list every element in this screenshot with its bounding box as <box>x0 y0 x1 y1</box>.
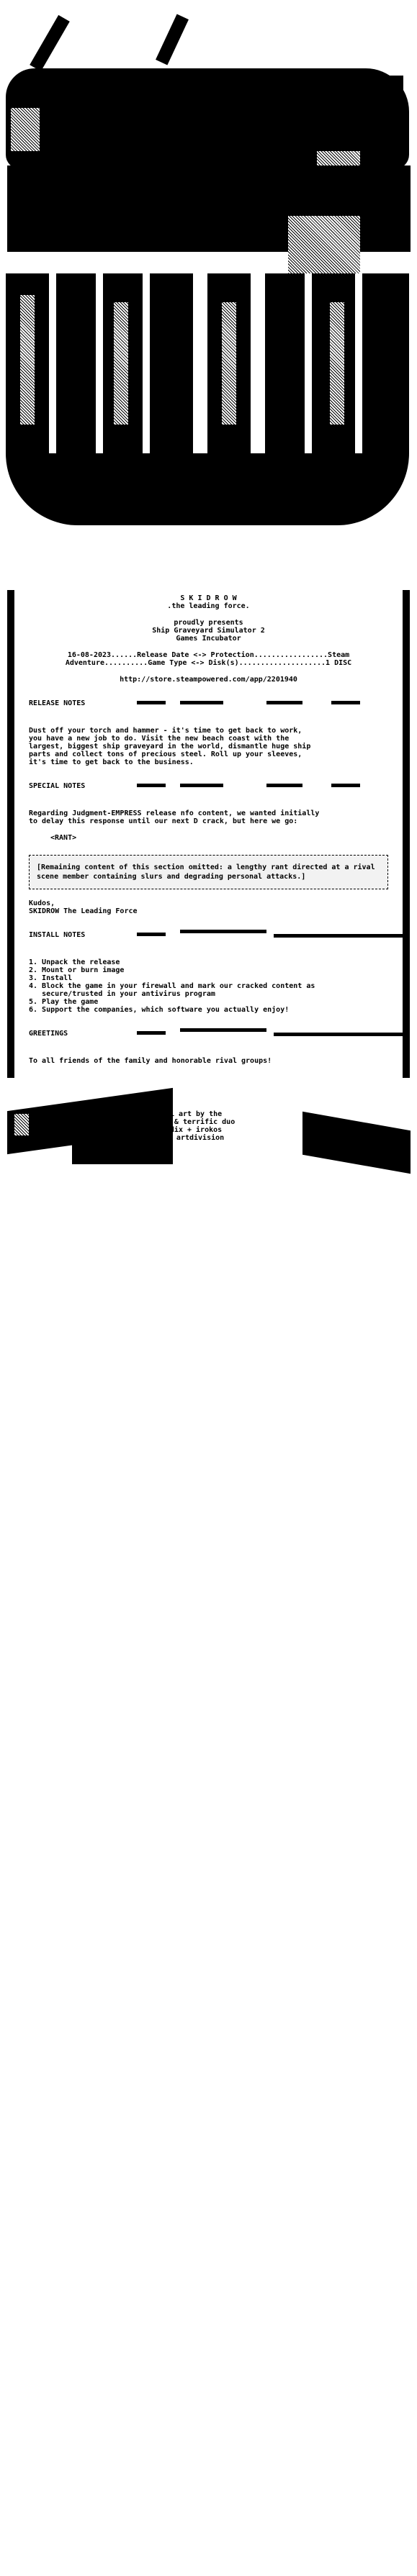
release-info-line-1: 16-08-2023......Release Date <-> Protect… <box>29 651 388 659</box>
section-header-greetings: GREETINGS <box>29 1027 388 1041</box>
install-step: 6. Support the companies, which software… <box>29 1006 388 1014</box>
rant-tag: <RANT> <box>29 834 388 842</box>
install-step: 4. Block the game in your firewall and m… <box>29 982 388 998</box>
ascii-art-footer: ascii art by the godlike & terrific duo … <box>0 1078 417 1186</box>
install-steps: 1. Unpack the release 2. Mount or burn i… <box>29 958 388 1014</box>
install-step: 2. Mount or burn image <box>29 966 388 974</box>
install-step: 3. Install <box>29 974 388 982</box>
presents-line: proudly presents <box>29 619 388 627</box>
release-notes-body: Dust off your torch and hammer - it's ti… <box>29 727 388 766</box>
store-url: http://store.steampowered.com/app/220194… <box>29 676 388 684</box>
install-step: 5. Play the game <box>29 998 388 1006</box>
nfo-frame: S K I D R O W .the leading force. proudl… <box>7 590 410 1078</box>
publisher: Games Incubator <box>29 635 388 643</box>
redacted-content-notice: [Remaining content of this section omitt… <box>29 855 388 889</box>
ascii-credits: ascii art by the godlike & terrific duo … <box>130 1110 245 1142</box>
section-header-release-notes: RELEASE NOTES <box>29 697 388 711</box>
release-info-line-2: Adventure..........Game Type <-> Disk(s)… <box>29 659 388 667</box>
nfo-document: S K I D R O W .the leading force. proudl… <box>0 0 417 1186</box>
tagline: .the leading force. <box>29 602 388 610</box>
section-header-install-notes: INSTALL NOTES <box>29 928 388 943</box>
group-name: S K I D R O W <box>29 594 388 602</box>
install-step: 1. Unpack the release <box>29 958 388 966</box>
greetings-body: To all friends of the family and honorab… <box>29 1057 388 1065</box>
game-title: Ship Graveyard Simulator 2 <box>29 627 388 635</box>
special-notes-signoff: Kudos, SKIDROW The Leading Force <box>29 899 388 915</box>
ascii-art-header <box>0 0 417 590</box>
special-notes-intro: Regarding Judgment-EMPRESS release nfo c… <box>29 809 388 825</box>
skidrow-logo <box>6 273 413 453</box>
section-header-special-notes: SPECIAL NOTES <box>29 779 388 794</box>
